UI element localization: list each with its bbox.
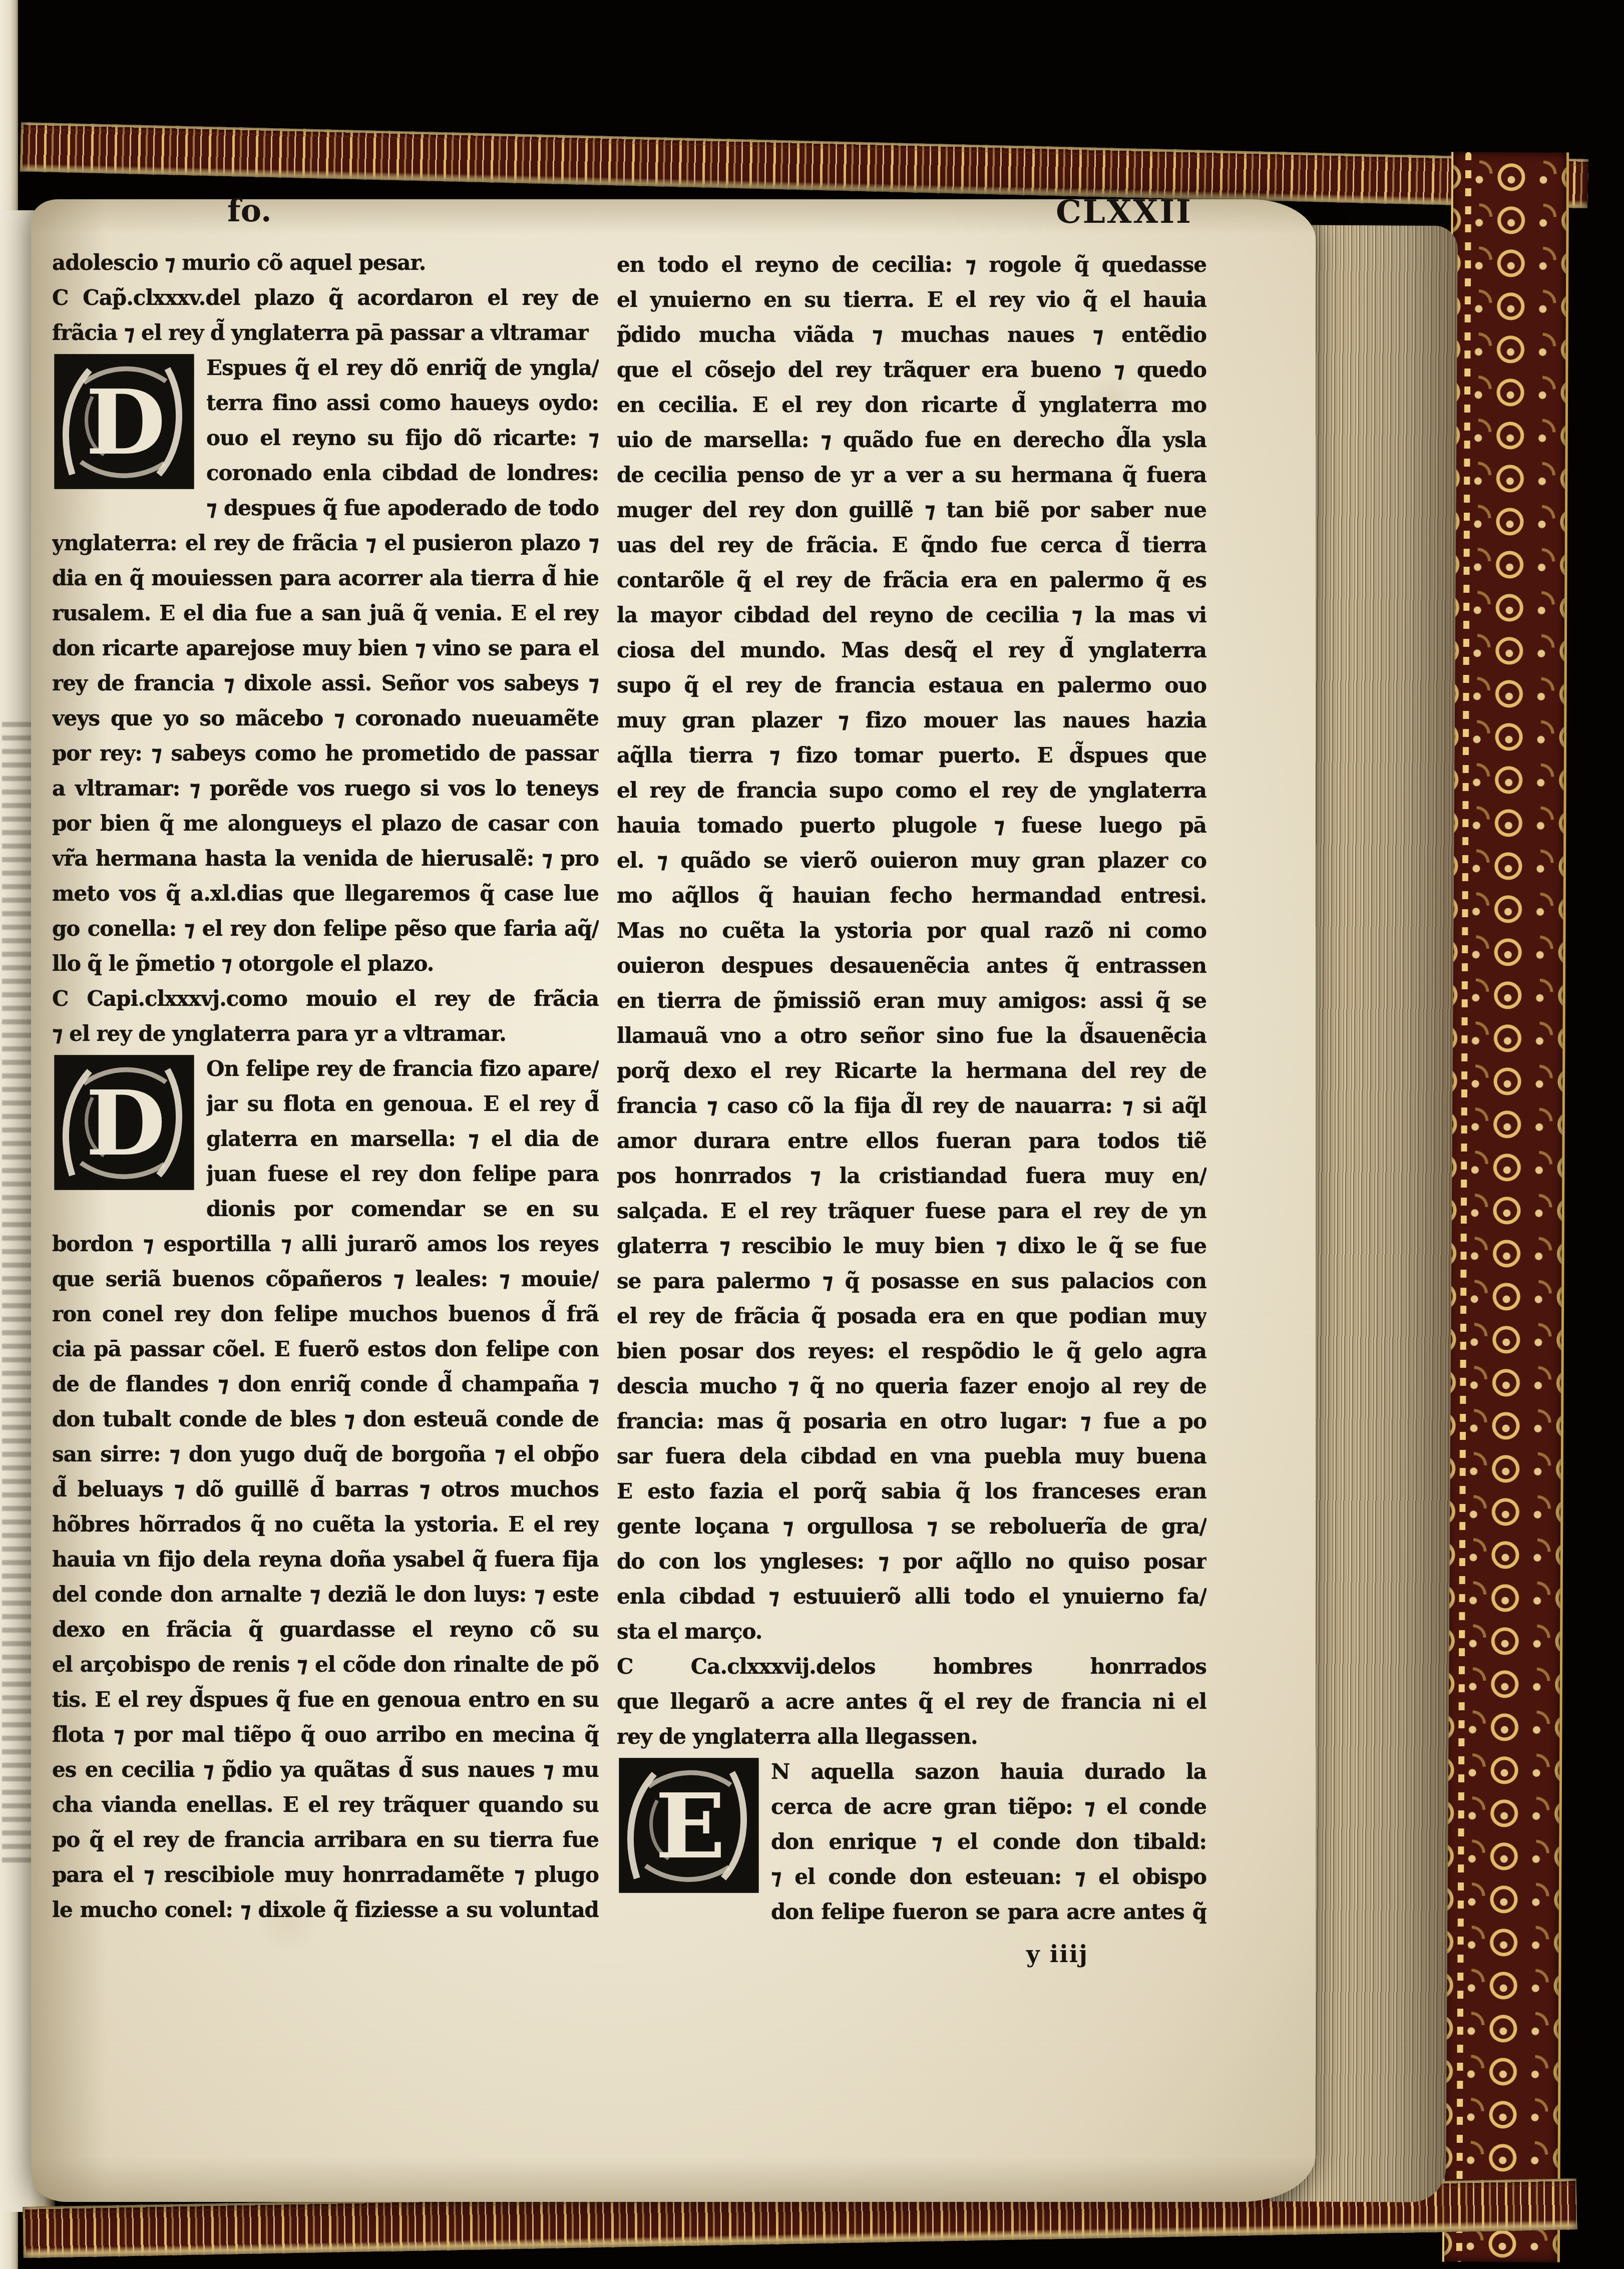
text-line: cerca de acre gran tiẽpo: ⁊ el conde <box>771 1789 1206 1824</box>
text-line: ciosa del mundo. Mas desq̃ el rey d̃ yng… <box>617 633 1206 668</box>
text-line: llamauã vno a otro señor sino fue la d̃s… <box>617 1018 1206 1053</box>
text-line: por bien q̃ me alongueys el plazo de cas… <box>52 806 599 841</box>
text-line: que seriã buenos cõpañeros ⁊ leales: ⁊ m… <box>52 1262 599 1297</box>
text-line: a vltramar: ⁊ porẽde vos ruego si vos lo… <box>52 771 599 806</box>
text-line: contarõle q̃ el rey de frãcia era en pal… <box>617 563 1206 598</box>
text-line: d̃ beluays ⁊ dõ guillẽ d̃ barras ⁊ otros… <box>52 1472 599 1507</box>
text-line: en cecilia. E el rey don ricarte d̃ yngl… <box>617 388 1206 423</box>
text-line: don tubalt conde de bles ⁊ don esteuã co… <box>52 1402 599 1437</box>
text-line: ouieron despues desauenẽcia antes q̃ ent… <box>617 948 1206 983</box>
paragraph: en todo el reyno de cecilia: ⁊ rogole q̃… <box>617 247 1206 1649</box>
woodcut-initial: E <box>617 1756 761 1895</box>
text-line: san sirre: ⁊ don yugo duq̃ de borgoña ⁊ … <box>52 1437 599 1472</box>
text-line: ⁊ el conde don esteuan: ⁊ el obispo <box>771 1859 1206 1895</box>
text-line: bien posar dos reyes: el respõdio le q̃ … <box>617 1334 1206 1369</box>
paragraph: DOn felipe rey de francia fizo apare/jar… <box>52 1051 599 1928</box>
text-line: p̃dido mucha viãda ⁊ muchas naues ⁊ entẽ… <box>617 317 1206 352</box>
text-line: que el cõsejo del rey trãquer era bueno … <box>617 352 1206 388</box>
text-line: On felipe rey de francia fizo apare/ <box>206 1051 599 1086</box>
text-line: mo aq̃llos q̃ hauian fecho hermandad ent… <box>617 878 1206 913</box>
text-line: aq̃lla tierra ⁊ fizo tomar puerto. E d̃s… <box>617 738 1206 773</box>
text-line: de cecilia penso de yr a ver a su herman… <box>617 458 1206 493</box>
text-line: glaterra en marsella: ⁊ el dia de san <box>206 1121 599 1157</box>
gilt-binding-edge-right <box>1442 152 1569 2262</box>
text-line: rey de ynglaterra alla llegassen. <box>617 1719 1206 1754</box>
text-line: salçada. E el rey trãquer fuese para el … <box>617 1194 1206 1229</box>
text-line: hauia tomado puerto plugole ⁊ fuese lueg… <box>617 808 1206 843</box>
text-line: don ricarte aparejose muy bien ⁊ vino se… <box>52 631 599 666</box>
text-line: C Capi.clxxxvj.como mouio el rey de frãc… <box>52 981 599 1016</box>
text-line: terra fino assi como haueys oydo: <box>206 386 599 421</box>
text-line: don enrique ⁊ el conde don tibald: <box>771 1824 1206 1859</box>
text-line: frãcia ⁊ el rey d̃ ynglaterra pā passar … <box>52 315 599 350</box>
text-line: llo q̃ le p̃metio ⁊ otorgole el plazo. <box>52 946 599 981</box>
text-line: es en cecilia ⁊ p̃dio ya quãtas d̃ sus n… <box>52 1752 599 1787</box>
text-line: el ynuierno en su tierra. E el rey vio q… <box>617 282 1206 317</box>
right-text-column: en todo el reyno de cecilia: ⁊ rogole q̃… <box>617 247 1206 1930</box>
text-line: veys que yo so mãcebo ⁊ coronado nueuamẽ… <box>52 701 599 736</box>
left-text-column: adolescio ⁊ murio cõ aquel pesar.C Cap̃.… <box>52 245 599 1928</box>
paragraph: adolescio ⁊ murio cõ aquel pesar. <box>52 245 599 280</box>
text-line: glaterra ⁊ rescibio le muy bien ⁊ dixo l… <box>617 1229 1206 1264</box>
woodcut-initial: D <box>52 1053 196 1192</box>
text-line: C Ca.clxxxvij.delos hombres honrrados <box>617 1649 1206 1684</box>
text-line: gente loçana ⁊ orgullosa ⁊ se reboluerĩa… <box>617 1509 1206 1544</box>
book-photograph: fo. CLXXII adolescio ⁊ murio cõ aquel pe… <box>0 0 1624 2269</box>
paragraph: DEspues q̃ el rey dõ enriq̃ de yngla/ter… <box>52 350 599 981</box>
text-line: muy gran plazer ⁊ fizo mouer las naues h… <box>617 703 1206 738</box>
chapter-heading: C Ca.clxxxvij.delos hombres honrradosque… <box>617 1649 1206 1754</box>
text-line: juan fuese el rey don felipe para san <box>206 1157 599 1192</box>
text-line: coronado enla cibdad de londres: <box>206 456 599 491</box>
gold-dot-line <box>1456 152 1471 2262</box>
text-line: hõbres hõrrados q̃ no cuẽta la ystoria. … <box>52 1507 599 1542</box>
text-line: enla cibdad ⁊ estuuierõ alli todo el ynu… <box>617 1579 1206 1614</box>
text-line: uio de marsella: ⁊ quãdo fue en derecho … <box>617 423 1206 458</box>
text-line: ouo el reyno su fijo dõ ricarte: ⁊ fue <box>206 421 599 456</box>
chapter-heading: C Cap̃.clxxxv.del plazo q̃ acordaron el … <box>52 280 599 350</box>
svg-text:E: E <box>655 1774 725 1878</box>
text-line: en todo el reyno de cecilia: ⁊ rogole q̃… <box>617 247 1206 282</box>
text-line: do con los yngleses: ⁊ por aq̃llo no qui… <box>617 1544 1206 1579</box>
text-line: tis. E el rey d̃spues q̃ fue en genoua e… <box>52 1682 599 1717</box>
woodcut-initial: D <box>52 352 196 491</box>
text-line: ron conel rey don felipe muchos buenos d… <box>52 1297 599 1332</box>
folio-number: CLXXII <box>980 193 1192 231</box>
text-line: supo q̃ el rey de francia estaua en pale… <box>617 668 1206 703</box>
text-line: go conella: ⁊ el rey don felipe pẽso que… <box>52 911 599 946</box>
chapter-heading: C Capi.clxxxvj.como mouio el rey de frãc… <box>52 981 599 1051</box>
text-line: la mayor cibdad del reyno de cecilia ⁊ l… <box>617 598 1206 633</box>
folio-label: fo. <box>227 192 377 229</box>
text-line: Espues q̃ el rey dõ enriq̃ de yngla/ <box>206 350 599 386</box>
text-line: adolescio ⁊ murio cõ aquel pesar. <box>52 245 599 280</box>
text-line: po q̃ el rey de francia arribara en su t… <box>52 1822 599 1857</box>
svg-text:D: D <box>86 1071 166 1176</box>
text-line: rusalem. E el dia fue a san juã q̃ venia… <box>52 596 599 631</box>
text-line: ⁊ el rey de ynglaterra para yr a vltrama… <box>52 1016 599 1051</box>
text-line: que llegarõ a acre antes q̃ el rey de fr… <box>617 1684 1206 1719</box>
text-line: cha vianda enellas. E el rey trãquer qua… <box>52 1787 599 1822</box>
text-line: para el ⁊ rescibiole muy honrradamẽte ⁊ … <box>52 1857 599 1893</box>
text-line: cia pā passar cõel. E fuerõ estos don fe… <box>52 1332 599 1367</box>
text-line: pos honrrados ⁊ la cristiandad fuera muy… <box>617 1159 1206 1194</box>
text-line: vr̃a hermana hasta la venida de hierusal… <box>52 841 599 876</box>
text-line: el arçobispo de renis ⁊ el cõde don rina… <box>52 1647 599 1682</box>
text-line: muger del rey don guillẽ ⁊ tan biẽ por s… <box>617 493 1206 528</box>
woodcut-initial-art: D <box>52 352 196 491</box>
woodcut-initial-art: E <box>617 1756 761 1895</box>
text-line: el rey de frãcia q̃ posada era en que po… <box>617 1299 1206 1334</box>
text-line: E esto fazia el porq̃ sabia q̃ los franc… <box>617 1474 1206 1509</box>
text-line: hauia vn fijo dela reyna doña ysabel q̃ … <box>52 1542 599 1577</box>
text-line: porq̃ dexo el rey Ricarte la hermana del… <box>617 1053 1206 1088</box>
text-line: jar su flota en genoua. E el rey d̃ yn <box>206 1086 599 1121</box>
text-line: flota ⁊ por mal tiẽpo q̃ ouo arribo en m… <box>52 1717 599 1752</box>
text-line: dia en q̃ mouiessen para acorrer ala tie… <box>52 561 599 596</box>
text-line: uas del rey de frãcia. E q̃ndo fue cerca… <box>617 528 1206 563</box>
text-line: se para palermo ⁊ q̃ posasse en sus pala… <box>617 1264 1206 1299</box>
text-line: el rey de francia supo como el rey de yn… <box>617 773 1206 808</box>
signature-mark: y iiij <box>1026 1941 1088 1968</box>
printed-page: fo. CLXXII adolescio ⁊ murio cõ aquel pe… <box>31 199 1316 2202</box>
text-line: del conde don arnalte ⁊ deziã le don luy… <box>52 1577 599 1612</box>
text-line: sta el março. <box>617 1614 1206 1649</box>
text-line: ynglaterra: el rey de frãcia ⁊ el pusier… <box>52 526 599 561</box>
text-line: amor durara entre ellos fueran para todo… <box>617 1123 1206 1159</box>
text-line: ⁊ despues q̃ fue apoderado de todo el re… <box>206 491 599 526</box>
text-line: el. ⁊ quãdo se vierõ ouieron muy gran pl… <box>617 843 1206 878</box>
text-line: sar fuera dela cibdad en vna puebla muy … <box>617 1439 1206 1474</box>
text-line: dionis por comendar se en su gracia: ⁊ t… <box>206 1192 599 1227</box>
text-line: le mucho conel: ⁊ dixole q̃ fiziesse a s… <box>52 1893 599 1928</box>
text-line: de de flandes ⁊ don enriq̃ conde d̃ cham… <box>52 1367 599 1402</box>
text-line: don felipe fueron se para acre antes q̃ … <box>771 1895 1206 1930</box>
text-line: Mas no cuẽta la ystoria por qual razõ ni… <box>617 913 1206 948</box>
text-line: C Cap̃.clxxxv.del plazo q̃ acordaron el … <box>52 280 599 315</box>
text-line: dexo en frãcia q̃ guardasse el reyno cõ … <box>52 1612 599 1647</box>
text-line: francia ⁊ caso cõ la fija d̃l rey de nau… <box>617 1088 1206 1123</box>
text-line: en tierra de p̃missiõ eran muy amigos: a… <box>617 983 1206 1018</box>
text-line: meto vos q̃ a.xl.dias que llegaremos q̃ … <box>52 876 599 911</box>
text-line: por rey: ⁊ sabeys como he prometido de p… <box>52 736 599 771</box>
svg-text:D: D <box>86 370 166 475</box>
text-line: descia mucho ⁊ q̃ no queria fazer enojo … <box>617 1369 1206 1404</box>
text-line: bordon ⁊ esportilla ⁊ alli jurarõ amos l… <box>52 1227 599 1262</box>
text-line: rey de francia ⁊ dixole assi. Señor vos … <box>52 666 599 701</box>
woodcut-initial-art: D <box>52 1053 196 1192</box>
text-line: N aquella sazon hauia durado la <box>771 1754 1206 1789</box>
text-line: francia: mas q̃ posaria en otro lugar: ⁊… <box>617 1404 1206 1439</box>
paragraph: EN aquella sazon hauia durado lacerca de… <box>617 1754 1206 1930</box>
